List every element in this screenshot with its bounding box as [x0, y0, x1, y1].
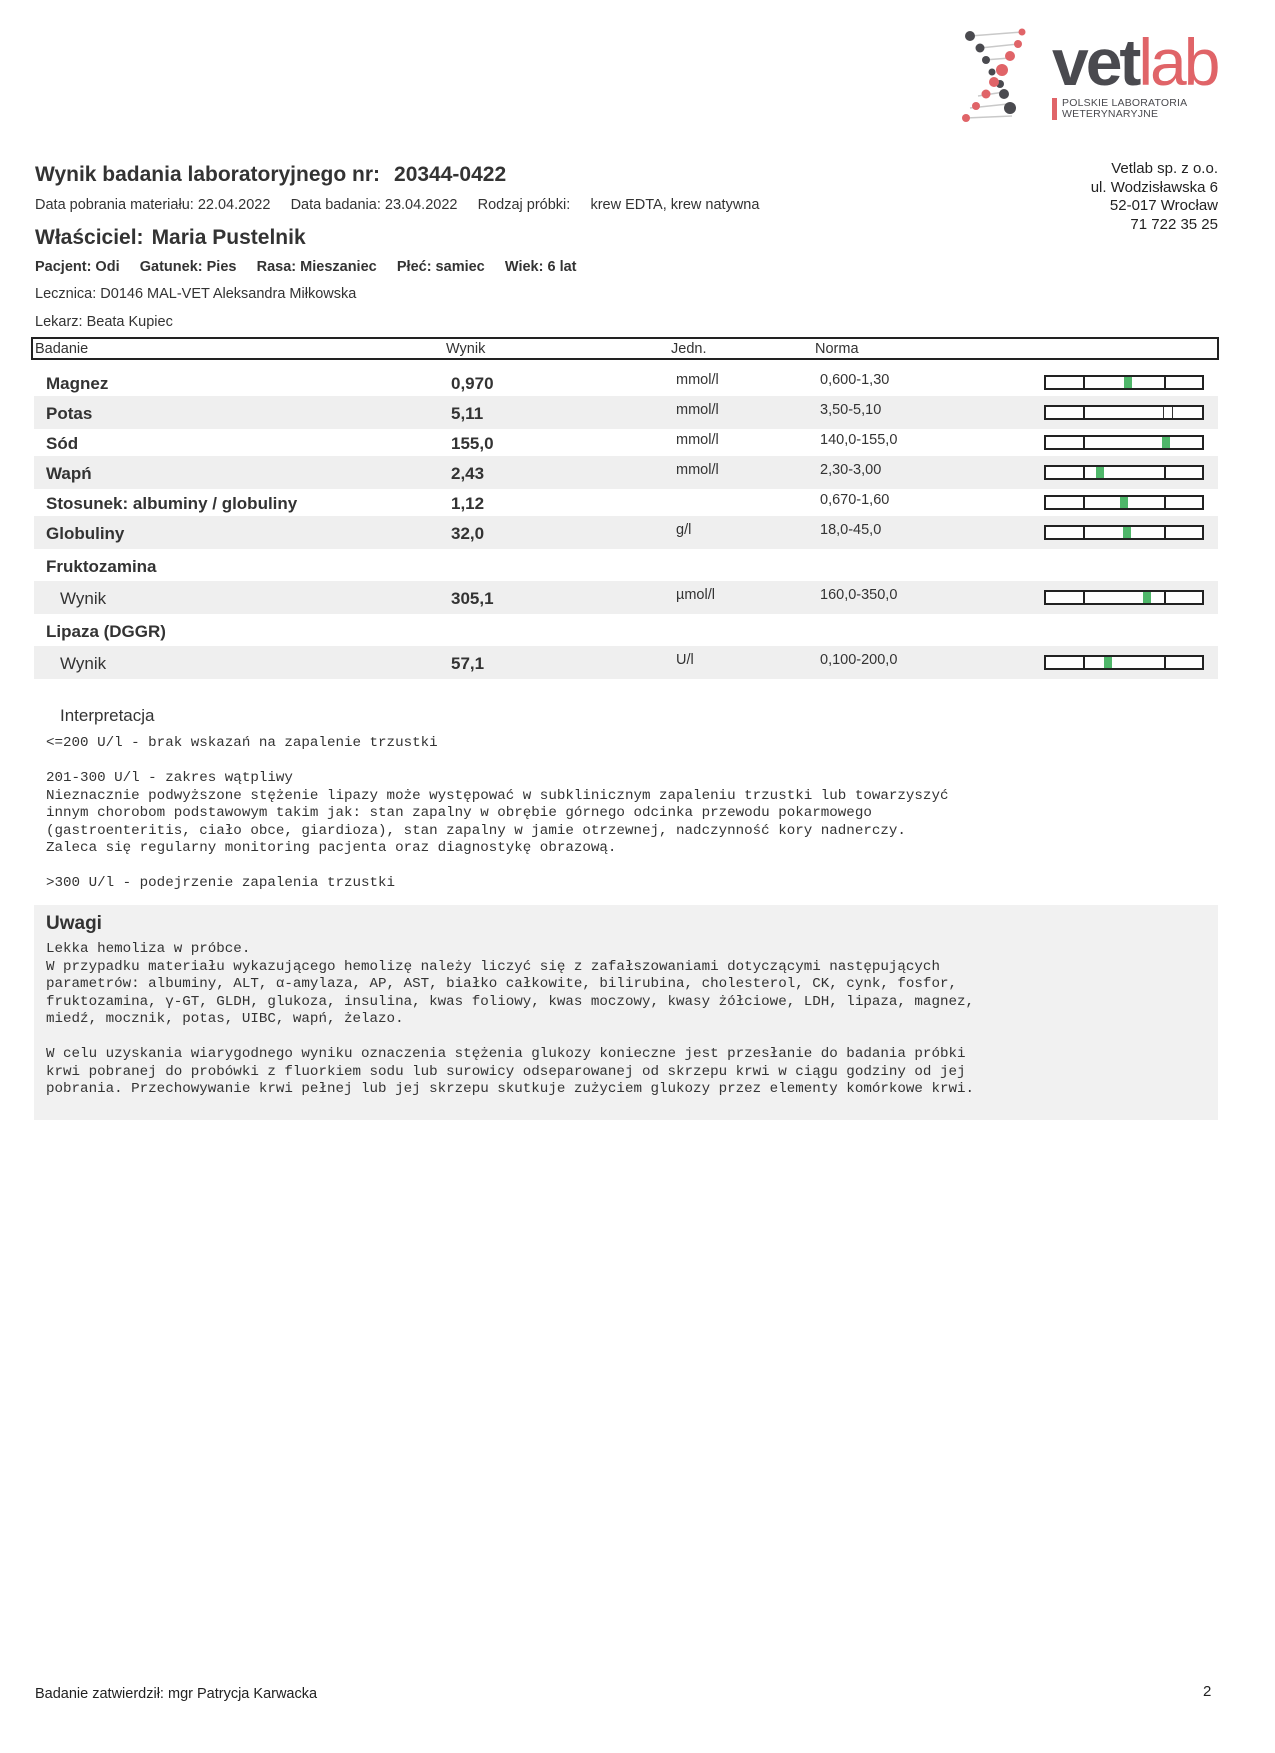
gauge-divider	[1164, 527, 1166, 538]
gauge-divider	[1083, 497, 1085, 508]
test-result: 57,1	[451, 654, 484, 674]
test-date: 23.04.2022	[385, 197, 458, 213]
column-header-norm: Norma	[815, 341, 859, 357]
gauge-divider	[1083, 467, 1085, 478]
results-table-header: Badanie Wynik Jedn. Norma	[31, 337, 1219, 360]
logo-subtitle: POLSKIE LABORATORIA WETERYNARYJNE	[1052, 98, 1187, 120]
test-name: Lipaza (DGGR)	[46, 622, 166, 642]
report-dates: Data pobrania materiału: 22.04.2022 Data…	[35, 197, 759, 213]
range-gauge	[1044, 465, 1204, 480]
gauge-marker	[1124, 377, 1132, 388]
test-name: Magnez	[46, 374, 108, 394]
gauge-divider	[1083, 377, 1085, 388]
test-name: Sód	[46, 434, 78, 454]
test-name: Wynik	[60, 589, 106, 609]
column-header-result: Wynik	[446, 341, 485, 357]
text-line	[46, 858, 948, 876]
test-norm: 18,0-45,0	[820, 522, 881, 538]
gauge-divider	[1164, 657, 1166, 668]
text-line: <=200 U/l - brak wskazań na zapalenie tr…	[46, 735, 948, 753]
range-gauge	[1044, 655, 1204, 670]
gauge-divider	[1083, 657, 1085, 668]
text-line: W celu uzyskania wiarygodnego wyniku ozn…	[46, 1046, 974, 1064]
gauge-marker	[1096, 467, 1104, 478]
text-line: 201-300 U/l - zakres wątpliwy	[46, 770, 948, 788]
dna-helix-icon	[960, 26, 1050, 122]
text-line: miedź, mocznik, potas, UIBC, wapń, żelaz…	[46, 1011, 974, 1029]
report-number: 20344-0422	[394, 163, 506, 186]
test-unit: mmol/l	[676, 432, 719, 448]
text-line: Nieznacznie podwyższone stężenie lipazy …	[46, 788, 948, 806]
patient-name: Pacjent: Odi	[35, 259, 120, 275]
gauge-divider	[1164, 467, 1166, 478]
range-gauge	[1044, 435, 1204, 450]
gauge-divider	[1083, 592, 1085, 603]
doctor: Lekarz: Beata Kupiec	[35, 314, 173, 330]
gauge-marker	[1143, 592, 1151, 603]
test-unit: µmol/l	[676, 587, 715, 603]
table-row: Stosunek: albuminy / globuliny1,120,670-…	[34, 486, 1218, 519]
range-gauge	[1044, 495, 1204, 510]
test-norm: 160,0-350,0	[820, 587, 897, 603]
patient-age: Wiek: 6 lat	[505, 259, 577, 275]
owner-name: Maria Pustelnik	[152, 226, 306, 249]
range-gauge	[1044, 405, 1204, 420]
test-unit: mmol/l	[676, 402, 719, 418]
test-unit: mmol/l	[676, 462, 719, 478]
gauge-marker	[1123, 527, 1131, 538]
notes-text: Lekka hemoliza w próbce.W przypadku mate…	[46, 941, 974, 1099]
gauge-marker	[1163, 407, 1173, 418]
range-gauge	[1044, 375, 1204, 390]
test-name: Wynik	[60, 654, 106, 674]
test-norm: 0,100-200,0	[820, 652, 897, 668]
text-line: innym chorobom podstawowym takim jak: st…	[46, 805, 948, 823]
interpretation-label: Interpretacja	[60, 706, 155, 726]
collection-date: 22.04.2022	[198, 197, 271, 213]
range-gauge	[1044, 590, 1204, 605]
patient-breed: Rasa: Mieszaniec	[257, 259, 377, 275]
test-norm: 0,670-1,60	[820, 492, 889, 508]
vetlab-logo: vetlab POLSKIE LABORATORIA WETERYNARYJNE	[960, 20, 1240, 130]
test-norm: 140,0-155,0	[820, 432, 897, 448]
approved-by: Badanie zatwierdził: mgr Patrycja Karwac…	[35, 1686, 317, 1702]
test-result: 5,11	[451, 404, 483, 424]
table-row: Potas5,11mmol/l3,50-5,10	[34, 396, 1218, 429]
table-row: Magnez0,970mmol/l0,600-1,30	[34, 366, 1218, 399]
text-line: krwi pobranej do probówki z fluorkiem so…	[46, 1064, 974, 1082]
report-title: Wynik badania laboratoryjnego nr:20344-0…	[35, 163, 506, 187]
text-line: >300 U/l - podejrzenie zapalenia trzustk…	[46, 875, 948, 893]
text-line: pobrania. Przechowywanie krwi pełnej lub…	[46, 1081, 974, 1099]
test-name: Potas	[46, 404, 92, 424]
gauge-divider	[1164, 377, 1166, 388]
text-line	[46, 753, 948, 771]
table-row: Wapń2,43mmol/l2,30-3,00	[34, 456, 1218, 489]
interpretation-text: <=200 U/l - brak wskazań na zapalenie tr…	[46, 735, 948, 893]
range-gauge	[1044, 525, 1204, 540]
logo-wordmark: vetlab	[1052, 22, 1217, 102]
company-street: ul. Wodzisławska 6	[1091, 179, 1218, 198]
clinic: Lecznica: D0146 MAL-VET Aleksandra Miłko…	[35, 286, 356, 302]
test-norm: 0,600-1,30	[820, 372, 889, 388]
gauge-divider	[1083, 437, 1085, 448]
text-line	[46, 1029, 974, 1047]
test-result: 305,1	[451, 589, 494, 609]
test-norm: 3,50-5,10	[820, 402, 881, 418]
test-unit: g/l	[676, 522, 691, 538]
text-line: W przypadku materiału wykazującego hemol…	[46, 959, 974, 977]
test-result: 0,970	[451, 374, 494, 394]
test-unit: mmol/l	[676, 372, 719, 388]
gauge-marker	[1104, 657, 1112, 668]
table-row: Wynik305,1µmol/l160,0-350,0	[34, 581, 1218, 614]
text-line: parametrów: albuminy, ALT, α-amylaza, AP…	[46, 976, 974, 994]
column-header-unit: Jedn.	[671, 341, 706, 357]
test-result: 32,0	[451, 524, 484, 544]
table-row: Globuliny32,0g/l18,0-45,0	[34, 516, 1218, 549]
test-result: 2,43	[451, 464, 484, 484]
patient-sex: Płeć: samiec	[397, 259, 485, 275]
table-row: Sód155,0mmol/l140,0-155,0	[34, 426, 1218, 459]
company-phone: 71 722 35 25	[1091, 216, 1218, 235]
test-name: Fruktozamina	[46, 557, 157, 577]
table-row: Wynik57,1U/l0,100-200,0	[34, 646, 1218, 679]
company-address: Vetlab sp. z o.o. ul. Wodzisławska 6 52-…	[1091, 160, 1218, 234]
gauge-divider	[1083, 527, 1085, 538]
test-result: 155,0	[451, 434, 494, 454]
test-name: Globuliny	[46, 524, 124, 544]
patient-species: Gatunek: Pies	[140, 259, 237, 275]
owner: Właściciel:Maria Pustelnik	[35, 226, 306, 250]
notes-title: Uwagi	[46, 913, 102, 935]
test-result: 1,12	[451, 494, 484, 514]
sample-type: krew EDTA, krew natywna	[590, 197, 759, 213]
test-name: Wapń	[46, 464, 92, 484]
text-line: fruktozamina, γ-GT, GLDH, glukoza, insul…	[46, 994, 974, 1012]
page-number: 2	[1203, 1683, 1211, 1700]
gauge-divider	[1164, 592, 1166, 603]
test-unit: U/l	[676, 652, 694, 668]
table-group-row: Lipaza (DGGR)	[34, 614, 1218, 647]
text-line: (gastroenteritis, ciało obce, giardioza)…	[46, 823, 948, 841]
table-group-row: Fruktozamina	[34, 549, 1218, 582]
gauge-marker	[1162, 437, 1170, 448]
test-name: Stosunek: albuminy / globuliny	[46, 494, 297, 514]
patient-info: Pacjent: Odi Gatunek: Pies Rasa: Mieszan…	[35, 259, 577, 275]
test-norm: 2,30-3,00	[820, 462, 881, 478]
company-name: Vetlab sp. z o.o.	[1091, 160, 1218, 179]
gauge-marker	[1120, 497, 1128, 508]
gauge-divider	[1164, 497, 1166, 508]
company-city: 52-017 Wrocław	[1091, 197, 1218, 216]
text-line: Zaleca się regularny monitoring pacjenta…	[46, 840, 948, 858]
text-line: Lekka hemoliza w próbce.	[46, 941, 974, 959]
column-header-test: Badanie	[35, 341, 88, 357]
gauge-divider	[1083, 407, 1085, 418]
